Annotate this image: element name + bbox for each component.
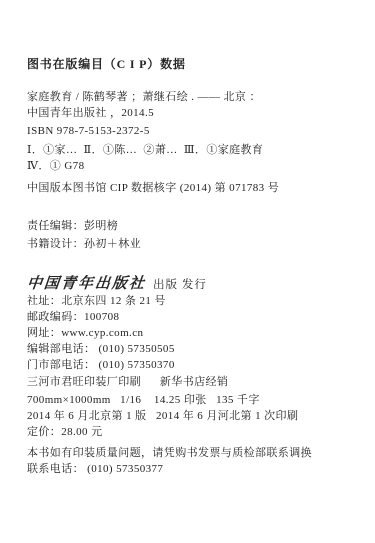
contact-phone-line: 联系电话： (010) 57350377 [27,462,365,477]
publisher-logo-script: 中国青年出版社 [26,276,147,291]
isbn-line: ISBN 978-7-5153-2372-5 [27,124,365,139]
responsible-editor-line: 责任编辑：彭明榜 [27,219,365,234]
editorial-phone-line: 编辑部电话： (010) 57350505 [27,342,365,357]
edition-impression-line: 2014 年 6 月北京第 1 版 2014 年 6 月河北第 1 次印刷 [27,409,365,424]
cip-classification-line2: Ⅳ．① G78 [27,159,365,174]
book-designer-line: 书籍设计：孙初＋林业 [27,237,365,252]
publisher-suffix: 出版 发行 [153,278,207,293]
cip-classification-line1: Ⅰ．①家… Ⅱ．①陈… ②萧… Ⅲ．①家庭教育 [27,143,365,158]
price-line: 定价：28.00 元 [27,425,365,440]
cip-registry-line: 中国版本图书馆 CIP 数据核字 (2014) 第 071783 号 [27,181,365,196]
format-sheets-line: 700mm×1000mm 1/16 14.25 印张 135 千字 [27,393,365,408]
printer-distributor-line: 三河市君旺印装厂印刷 新华书店经销 [27,375,365,390]
website-line: 网址：www.cyp.com.cn [27,326,365,341]
postcode-line: 邮政编码：100708 [27,310,365,325]
cip-title: 图书在版编目（C I P）数据 [27,57,365,72]
book-copyright-page: 图书在版编目（C I P）数据 家庭教育 / 陈鹤琴著 ；萧继石绘 . —— 北… [0,0,375,543]
cip-record-line1: 家庭教育 / 陈鹤琴著 ；萧继石绘 . —— 北京 ： [27,90,365,105]
publisher-address-line: 社址：北京东四 12 条 21 号 [27,294,365,309]
store-phone-line: 门市部电话： (010) 57350370 [27,358,365,373]
publisher-line: 中国青年出版社 出版 发行 [27,276,365,293]
cip-record-line2: 中国青年出版社 ，2014.5 [27,106,365,121]
quality-notice-line: 本书如有印装质量问题，请凭购书发票与质检部联系调换 [27,446,365,461]
